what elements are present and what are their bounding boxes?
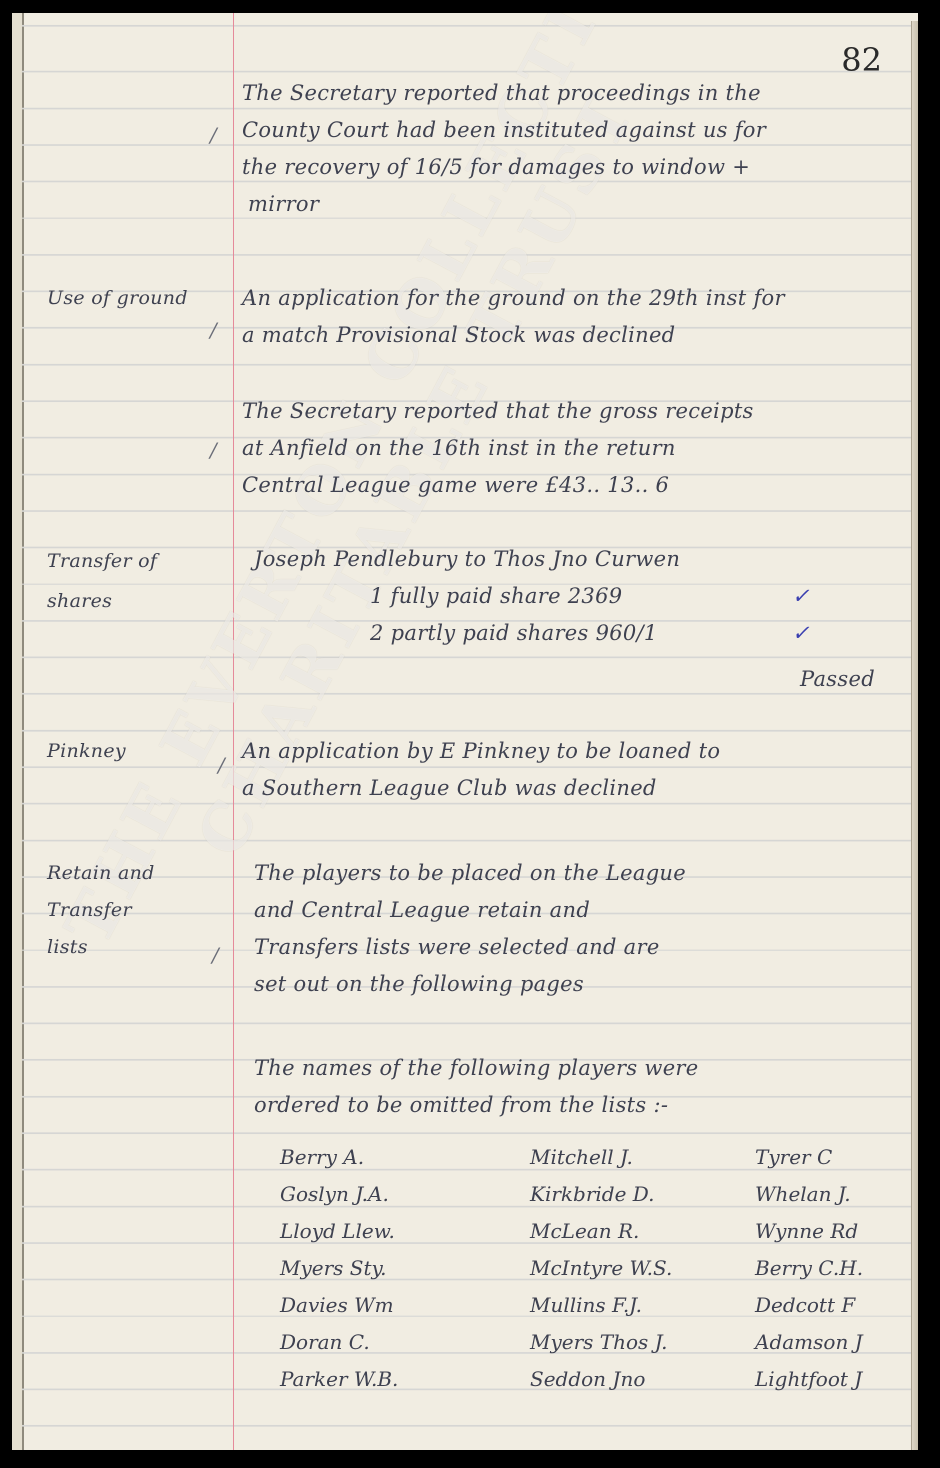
minute-entry-omitted-players: The names of the following players were … xyxy=(242,1050,902,1124)
minute-entry-retain-transfer-lists: The players to be placed on the League a… xyxy=(242,855,902,1003)
minute-entry-pinkney: An application by E Pinkney to be loaned… xyxy=(242,733,902,807)
minute-entry-gross-receipts: The Secretary reported that the gross re… xyxy=(242,393,902,504)
player-name: Lloyd Llew. xyxy=(280,1213,530,1250)
margin-tick-mark: / xyxy=(210,318,217,342)
player-name: Tyrer C xyxy=(755,1139,918,1176)
player-name: Wynne Rd xyxy=(755,1213,918,1250)
player-name: Mitchell J. xyxy=(530,1139,755,1176)
omitted-players-list: Berry A. Mitchell J. Tyrer C Goslyn J.A.… xyxy=(280,1139,918,1398)
player-name: Adamson J xyxy=(755,1324,918,1361)
player-name: Dedcott F xyxy=(755,1287,918,1324)
player-name: Berry A. xyxy=(280,1139,530,1176)
margin-note-transfer-of-shares: Transfer of shares xyxy=(47,541,227,621)
player-name: Goslyn J.A. xyxy=(280,1176,530,1213)
status-passed: Passed xyxy=(800,661,875,698)
player-name: Doran C. xyxy=(280,1324,530,1361)
margin-note-pinkney: Pinkney xyxy=(47,733,227,770)
player-name: Parker W.B. xyxy=(280,1361,530,1398)
player-name: Mullins F.J. xyxy=(530,1287,755,1324)
page-number: 82 xyxy=(841,41,882,79)
margin-tick-mark: / xyxy=(210,123,217,147)
red-margin-line xyxy=(233,13,234,1450)
margin-tick-mark: / xyxy=(218,753,225,777)
player-name: Berry C.H. xyxy=(755,1250,918,1287)
margin-note-retain-transfer-lists: Retain and Transfer lists xyxy=(47,855,177,966)
ledger-page: THE EVERTON COLLECTION CHARITABLE TRUST … xyxy=(12,13,918,1450)
player-name: McLean R. xyxy=(530,1213,755,1250)
minute-entry-county-court: The Secretary reported that proceedings … xyxy=(242,75,902,223)
approval-check-2: ✓ xyxy=(792,615,810,652)
player-name: Myers Thos J. xyxy=(530,1324,755,1361)
player-name: Whelan J. xyxy=(755,1176,918,1213)
player-name: Seddon Jno xyxy=(530,1361,755,1398)
approval-check-1: ✓ xyxy=(792,578,810,615)
minute-entry-use-of-ground: An application for the ground on the 29t… xyxy=(242,280,902,354)
margin-tick-mark: / xyxy=(212,943,219,967)
margin-note-use-of-ground: Use of ground xyxy=(47,280,227,317)
player-name: Lightfoot J xyxy=(755,1361,918,1398)
margin-tick-mark: / xyxy=(210,438,217,462)
player-name: Davies Wm xyxy=(280,1287,530,1324)
player-name: Kirkbride D. xyxy=(530,1176,755,1213)
player-name: McIntyre W.S. xyxy=(530,1250,755,1287)
player-name: Myers Sty. xyxy=(280,1250,530,1287)
